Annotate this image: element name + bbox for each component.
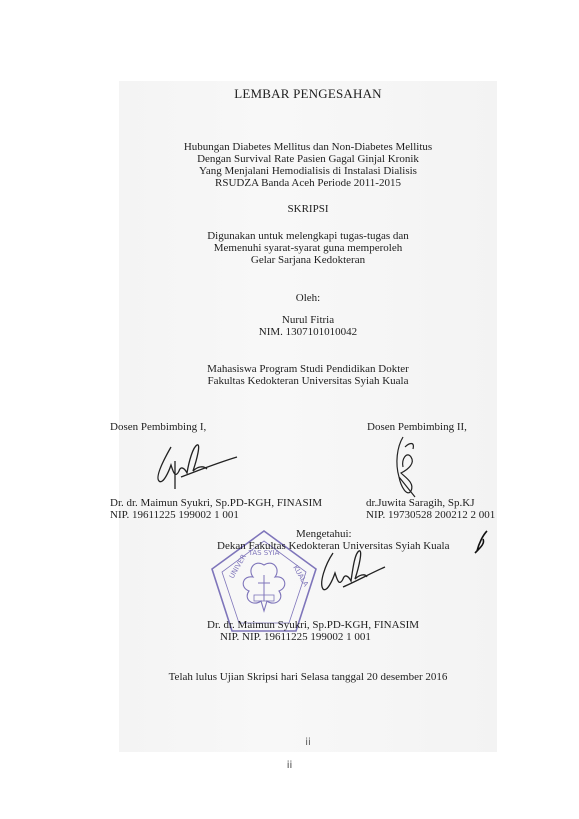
exam-statement: Telah lulus Ujian Skripsi hari Selasa ta… — [119, 671, 497, 683]
thesis-title-line-2: Dengan Survival Rate Pasien Gagal Ginjal… — [119, 153, 497, 165]
document-type: SKRIPSI — [119, 203, 497, 215]
supervisor-1-name: Dr. dr. Maimun Syukri, Sp.PD-KGH, FINASI… — [110, 497, 322, 509]
page-heading: LEMBAR PENGESAHAN — [119, 88, 497, 100]
supervisor-1-nip: NIP. 19611225 199002 1 001 — [110, 509, 239, 521]
thesis-title-line-3: Yang Menjalani Hemodialisis di Instalasi… — [119, 165, 497, 177]
purpose-line-2: Memenuhi syarat-syarat guna memperoleh — [119, 242, 497, 254]
by-label: Oleh: — [119, 292, 497, 304]
purpose-line-3: Gelar Sarjana Kedokteran — [119, 254, 497, 266]
acknowledged-label: Mengetahui: — [296, 528, 352, 540]
signature-supervisor-2 — [389, 433, 429, 501]
signature-dean — [307, 547, 387, 601]
program-line-1: Mahasiswa Program Studi Pendidikan Dokte… — [119, 363, 497, 375]
dean-nip: NIP. NIP. 19611225 199002 1 001 — [220, 631, 371, 643]
page-number: ii — [0, 760, 579, 771]
supervisor-2-name: dr.Juwita Saragih, Sp.KJ — [366, 497, 474, 509]
scanned-page: LEMBAR PENGESAHAN Hubungan Diabetes Mell… — [119, 81, 497, 752]
program-line-2: Fakultas Kedokteran Universitas Syiah Ku… — [119, 375, 497, 387]
supervisor-2-nip: NIP. 19730528 200212 2 001 — [366, 509, 495, 521]
author-name: Nurul Fitria — [119, 314, 497, 326]
supervisor-1-label: Dosen Pembimbing I, — [110, 421, 206, 433]
dean-name: Dr. dr. Maimun Syukri, Sp.PD-KGH, FINASI… — [207, 619, 419, 631]
signature-supervisor-1 — [141, 441, 241, 491]
purpose-line-1: Digunakan untuk melengkapi tugas-tugas d… — [119, 230, 497, 242]
thesis-title-line-1: Hubungan Diabetes Mellitus dan Non-Diabe… — [119, 141, 497, 153]
initial-mark — [471, 529, 491, 555]
thesis-title-line-4: RSUDZA Banda Aceh Periode 2011-2015 — [119, 177, 497, 189]
author-nim: NIM. 1307101010042 — [119, 326, 497, 338]
svg-text:UNIVER: UNIVER — [228, 553, 248, 580]
scanned-page-number: ii — [119, 737, 497, 748]
supervisor-2-label: Dosen Pembimbing II, — [367, 421, 467, 433]
